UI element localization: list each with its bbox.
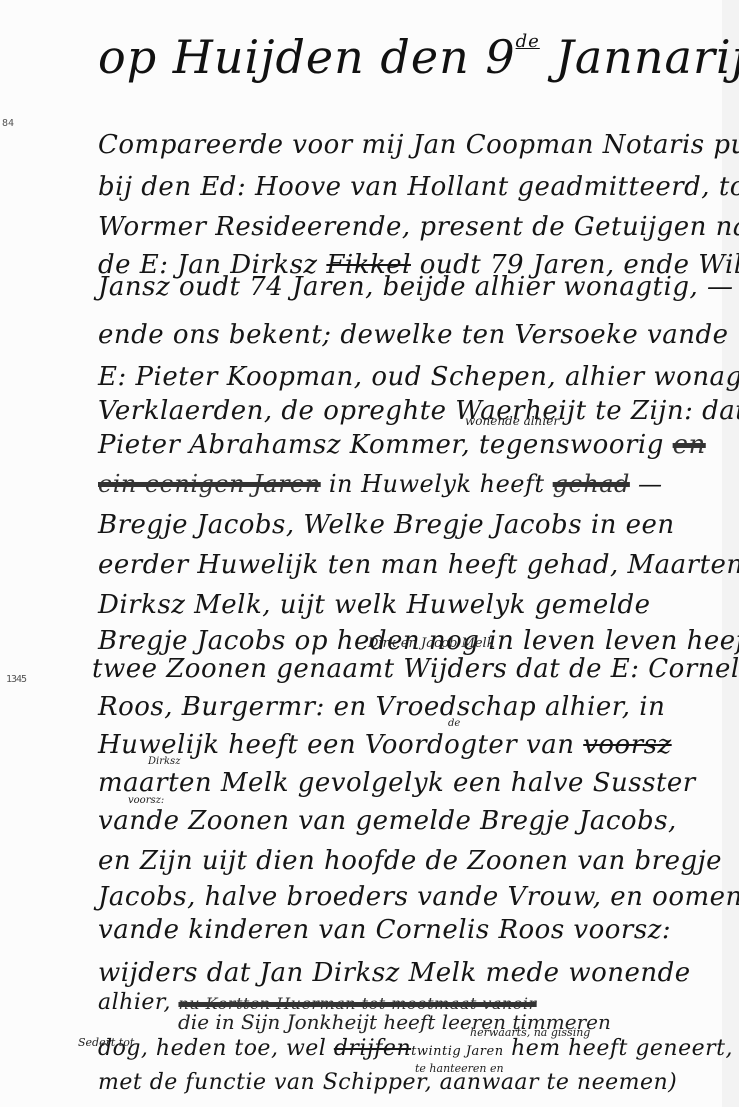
deed-line-7: E: Pieter Koopman, oud Schepen, alhier w…	[98, 362, 739, 392]
line-text: met de functie van Schipper,	[98, 1070, 432, 1095]
insertion-dirksz: Dirksz	[148, 756, 180, 767]
deed-line-12: eerder Huwelijk ten man heeft gehad, Maa…	[98, 550, 739, 580]
heading-day-suffix: de	[516, 31, 540, 52]
deed-line-22: vande kinderen van Cornelis Roos voorsz:	[98, 915, 671, 945]
struck-text: gehad	[553, 470, 630, 498]
insertion-de: de	[448, 718, 460, 729]
line-text: twee Zoonen genaamt	[92, 654, 395, 684]
deed-line-3: Wormer Resideerende, present de Getuijge…	[98, 212, 739, 242]
struck-text: voorsz	[583, 730, 671, 760]
line-text: hem heeft geneert,	[504, 1036, 733, 1061]
line-text: Melk gevolgelyk een halve Susster	[212, 768, 696, 798]
margin-mark-middle: 1345	[6, 674, 26, 685]
line-text: alhier,	[98, 990, 178, 1015]
deed-line-16: Roos, Burgermr: en Vroedschap alhier, in	[98, 692, 665, 722]
heading-prefix: op Huijden den 9	[98, 30, 516, 84]
struck-text: ein eenigen Jaren	[98, 470, 321, 498]
deed-line-19: vande Zoonen van gemelde Bregje Jacobs,	[98, 806, 677, 836]
deed-line-11: Bregje Jacobs, Welke Bregje Jacobs in ee…	[98, 510, 675, 540]
struck-text: drijfen	[334, 1036, 411, 1061]
deed-line-13: Dirksz Melk, uijt welk Huwelyk gemelde	[98, 590, 651, 620]
deed-line-2: bij den Ed: Hoove van Hollant geadmittee…	[98, 172, 739, 202]
deed-line-25: dog, heden toe, wel drijfentwintig Jaren…	[98, 1036, 733, 1061]
insertion-wonende-alhier: wonende alhier	[465, 414, 559, 428]
line-text: Zoonen van gemelde Bregje Jacobs,	[179, 806, 676, 836]
deed-line-21: Jacobs, halve broeders vande Vrouw, en o…	[98, 882, 739, 912]
struck-text: en	[673, 430, 706, 460]
line-text: —	[630, 470, 663, 498]
deed-line-18: maarten Melk gevolgelyk een halve Susste…	[98, 768, 696, 798]
deed-line-26: met de functie van Schipper, aanwaar te …	[98, 1070, 677, 1095]
deed-heading: op Huijden den 9de Jannarij. 1745	[98, 30, 739, 84]
deed-line-10: ein eenigen Jaren in Huwelyk heeft gehad…	[98, 470, 663, 498]
line-text: maarten	[98, 768, 212, 798]
insertion-voorsz: voorsz:	[128, 795, 164, 806]
deed-line-6: ende ons bekent; dewelke ten Versoeke va…	[98, 320, 729, 350]
line-text: in Huwelyk heeft	[321, 470, 553, 498]
deed-line-17: Huwelijk heeft een Voordogter van voorsz	[98, 730, 672, 760]
deed-line-15: twee Zoonen genaamt Wijders dat de E: Co…	[92, 654, 739, 684]
deed-line-5: Jansz oudt 74 Jaren, beijde alhier wonag…	[98, 272, 734, 302]
line-text: Wijders dat de E: Cornelis	[395, 654, 739, 684]
deed-line-23: wijders dat Jan Dirksz Melk mede wonende	[98, 958, 691, 988]
line-text: dog, heden toe, wel	[98, 1036, 334, 1061]
line-text: aanwaar te neemen)	[432, 1070, 677, 1095]
deed-line-9: Pieter Abrahamsz Kommer, tegenswoorig en	[98, 430, 706, 460]
deed-line-20: en Zijn uijt dien hoofde de Zoonen van b…	[98, 846, 722, 876]
line-text: Pieter Abrahamsz Kommer, tegenswoorig	[98, 430, 664, 460]
line-text: vande	[98, 806, 179, 836]
margin-mark-top: 84	[2, 118, 14, 129]
insertion-twintig-jaren: twintig Jaren	[411, 1044, 503, 1059]
deed-line-1: Compareerde voor mij Jan Coopman Notaris…	[98, 130, 739, 160]
insertion-dirk-en-jacob-melk: Dirk en Jacob Melk	[368, 636, 495, 651]
deed-line-8: Verklaerden, de opreghte Waerheijt te Zi…	[98, 396, 739, 426]
heading-month: Jannarij.	[555, 30, 739, 84]
